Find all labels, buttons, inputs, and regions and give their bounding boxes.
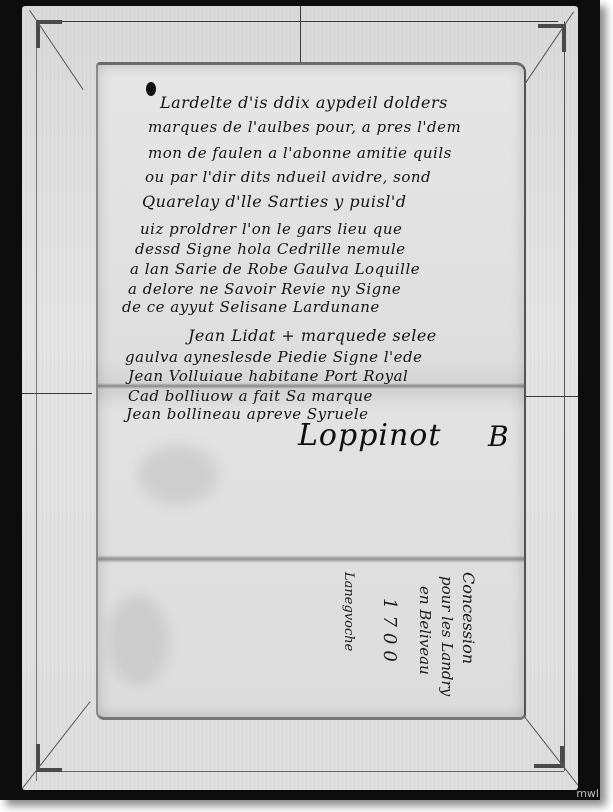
text-line: ou par l'dir dits ndueil avidre, sond	[145, 168, 431, 186]
corner-mark-bottom-left-v	[36, 744, 40, 772]
corner-mark-bottom-left-h	[36, 768, 62, 772]
scan-frame: Lardelte d'is ddix aypdeil dolders marqu…	[0, 0, 600, 800]
corner-mark-bottom-right-v	[560, 746, 564, 768]
corner-mark-top-right-v	[562, 24, 566, 52]
watermark: mwl	[576, 787, 599, 800]
text-line: de ce ayyut Selisane Lardunane	[122, 298, 380, 316]
text-line: marques de l'aulbes pour, a pres l'dem	[148, 118, 461, 136]
signature: Loppinot	[298, 418, 441, 453]
text-line: Jean Lidat + marquede selee	[188, 326, 437, 345]
corner-mark-top-left-v	[36, 20, 40, 48]
corner-mark-top-left-h	[36, 20, 62, 24]
diagonal-line-top-left	[29, 10, 84, 90]
registration-line-bottom	[36, 771, 564, 772]
text-line: a lan Sarie de Robe Gaulva Loquille	[130, 260, 420, 278]
text-line: Cad bolliuow a fait Sa marque	[128, 387, 373, 405]
text-line: a delore ne Savoir Revie ny Signe	[128, 280, 401, 298]
registration-line-left	[36, 21, 37, 781]
registration-line-center-vertical	[300, 6, 301, 64]
text-line: Quarelay d'lle Sarties y puisl'd	[142, 192, 407, 211]
paper-stain	[138, 445, 218, 505]
text-line: Jean Volluiaue habitane Port Royal	[128, 367, 408, 385]
text-line: gaulva ayneslesde Piedie Signe l'ede	[125, 348, 423, 366]
docket-line: pour les Landry	[438, 576, 456, 696]
text-line: mon de faulen a l'abonne amitie quils	[148, 144, 452, 162]
text-line: uiz proldrer l'on le gars lieu que	[140, 220, 402, 238]
docket-line: en Beliveau	[416, 586, 434, 675]
docket-side-note: Lanegvoche	[341, 572, 356, 651]
docket-line: Concession	[459, 572, 478, 664]
corner-mark-top-right-h	[538, 24, 564, 28]
text-line: dessd Signe hola Cedrille nemule	[135, 240, 406, 258]
text-line: Lardelte d'is ddix aypdeil dolders	[160, 93, 448, 112]
corner-mark-bottom-right-h	[534, 764, 562, 768]
docket-year: 1700	[379, 598, 400, 668]
page-fold-lower	[98, 555, 524, 563]
registration-line-middle-right	[520, 396, 578, 397]
registration-line-top	[38, 21, 558, 22]
ink-blot	[146, 82, 156, 96]
diagonal-line-bottom-left	[22, 701, 91, 788]
paper-stain	[108, 595, 168, 685]
signature-flourish: B	[488, 420, 509, 453]
diagonal-line-top-right	[519, 11, 574, 91]
registration-line-right	[564, 21, 565, 771]
registration-line-middle-left	[22, 393, 92, 394]
